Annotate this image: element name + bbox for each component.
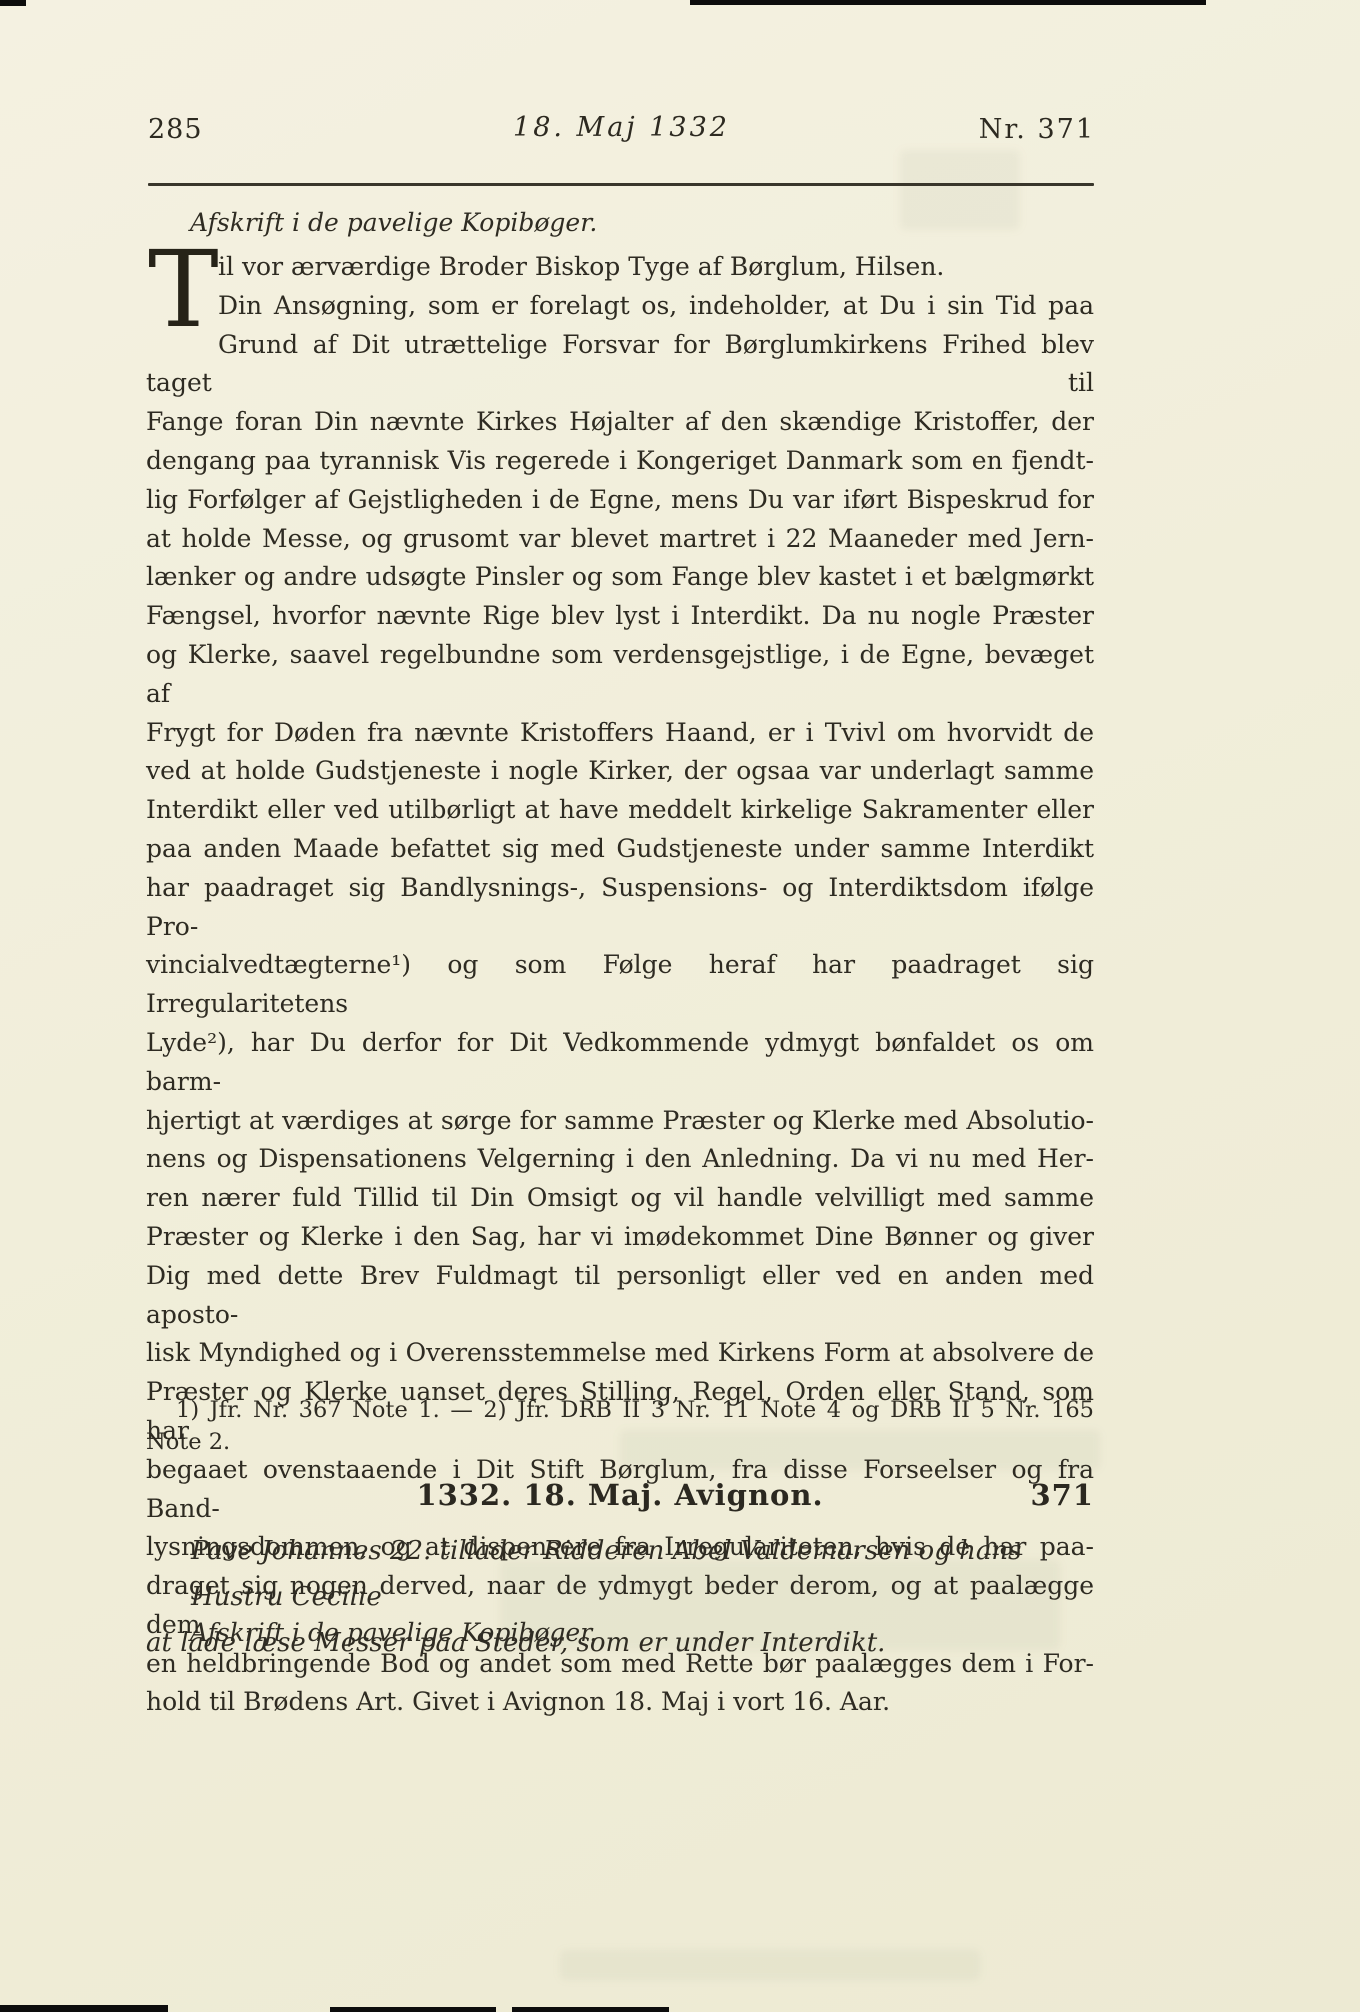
body-line: Interdikt eller ved utilbørligt at have … <box>146 791 1094 830</box>
body-line: Fængsel, hvorfor nævnte Rige blev lyst i… <box>146 597 1094 636</box>
header-entry-number: Nr. 371 <box>979 114 1095 145</box>
body-line: Din Ansøgning, som er forelagt os, indeh… <box>146 287 1094 326</box>
footnotes: 1) Jfr. Nr. 367 Note 1. — 2) Jfr. DRB II… <box>146 1394 1094 1458</box>
body-line: nens og Dispensationens Velgerning i den… <box>146 1140 1094 1179</box>
body-line: ved at holde Gudstjeneste i nogle Kirker… <box>146 752 1094 791</box>
header-rule <box>148 183 1094 186</box>
entry-heading-number: 371 <box>1030 1478 1094 1512</box>
scan-artifact <box>512 2007 669 2012</box>
body-line: il vor ærværdige Broder Biskop Tyge af B… <box>146 248 1094 287</box>
body-line: paa anden Maade befattet sig med Gudstje… <box>146 830 1094 869</box>
bleed-through <box>560 1950 980 1980</box>
body-line: Frygt for Døden fra nævnte Kristoffers H… <box>146 714 1094 753</box>
body-line: lænker og andre udsøgte Pinsler og som F… <box>146 558 1094 597</box>
body-line: ren nærer fuld Tillid til Din Omsigt og … <box>146 1179 1094 1218</box>
drop-cap: T <box>148 250 208 327</box>
body-line: hjertigt at værdiges at sørge for samme … <box>146 1102 1094 1141</box>
body-line: Præster og Klerke i den Sag, har vi imød… <box>146 1218 1094 1257</box>
scan-artifact <box>330 2007 496 2012</box>
body-line: Lyde²), har Du derfor for Dit Vedkommend… <box>146 1024 1094 1102</box>
source-note: Afskrift i de pavelige Kopibøger. <box>190 1618 597 1647</box>
scan-artifact <box>690 0 1206 5</box>
scanned-book-page: 285 18. Maj 1332 Nr. 371 Afskrift i de p… <box>0 0 1360 2012</box>
body-line: at holde Messe, og grusomt var blevet ma… <box>146 520 1094 559</box>
footnote-line: 1) Jfr. Nr. 367 Note 1. — 2) Jfr. DRB II… <box>146 1394 1094 1426</box>
source-note: Afskrift i de pavelige Kopibøger. <box>190 208 597 237</box>
entry-heading-date: 1332. 18. Maj. Avignon. <box>146 1478 1094 1512</box>
body-line: har paadraget sig Bandlysnings-, Suspens… <box>146 869 1094 947</box>
body-line: vincialvedtægterne¹) og som Følge heraf … <box>146 946 1094 1024</box>
running-header: 285 18. Maj 1332 Nr. 371 <box>148 112 1095 152</box>
footnote-line: Note 2. <box>146 1426 1094 1458</box>
scan-artifact <box>0 0 26 6</box>
header-date: 18. Maj 1332 <box>148 112 1095 143</box>
body-line-last: hold til Brødens Art. Givet i Avignon 18… <box>146 1683 1094 1722</box>
body-line: lig Forfølger af Gejstligheden i de Egne… <box>146 481 1094 520</box>
body-line: Grund af Dit utrættelige Forsvar for Bør… <box>146 326 1094 404</box>
scan-artifact <box>0 2005 168 2012</box>
body-line: dengang paa tyrannisk Vis regerede i Kon… <box>146 442 1094 481</box>
body-line: Fange foran Din nævnte Kirkes Højalter a… <box>146 403 1094 442</box>
entry-heading: 1332. 18. Maj. Avignon. 371 <box>146 1478 1094 1514</box>
body-line: og Klerke, saavel regelbundne som verden… <box>146 636 1094 714</box>
body-line: lisk Myndighed og i Overensstemmelse med… <box>146 1334 1094 1373</box>
summary-line: Pave Johannes 22. tillader Ridderen Abel… <box>146 1528 1094 1620</box>
body-line: Dig med dette Brev Fuldmagt til personli… <box>146 1257 1094 1335</box>
bleed-through <box>900 150 1020 230</box>
